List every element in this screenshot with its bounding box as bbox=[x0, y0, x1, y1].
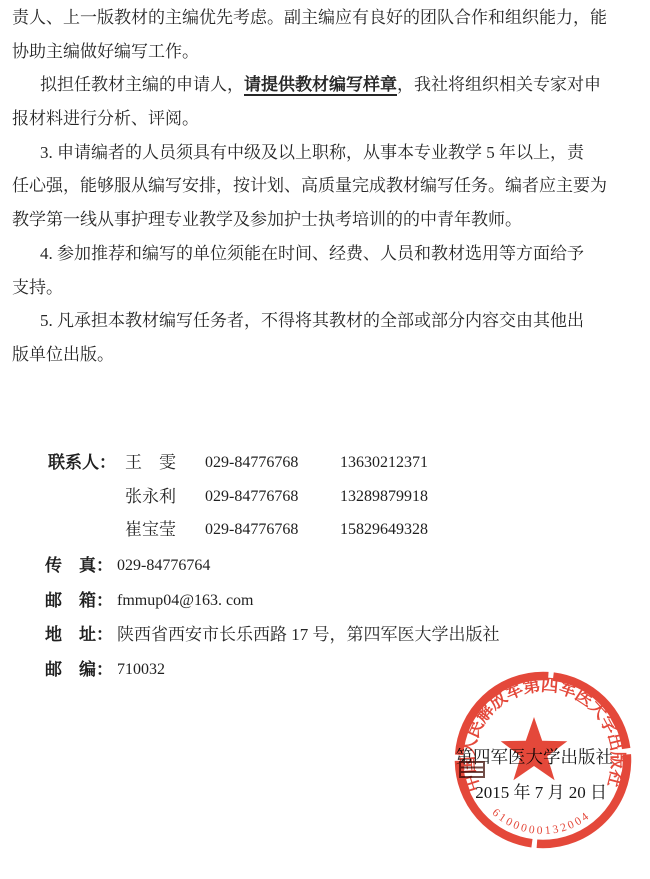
contact-row: 崔宝莹 029-84776768 15829649328 bbox=[48, 513, 428, 547]
para2-emphasis: 请提供教材编写样章 bbox=[244, 75, 397, 94]
para2-line1: 拟担任教材主编的申请人，请提供教材编写样章，我社将组织相关专家对申 bbox=[12, 68, 642, 102]
zip-value: 710032 bbox=[117, 653, 165, 688]
zip-row: 邮 编： 710032 bbox=[45, 653, 500, 688]
contact-mobile: 13630212371 bbox=[340, 446, 428, 480]
seal-graphic: 中国人民解放军第四军医大学出版社 6100000132004 bbox=[450, 665, 636, 855]
email-row: 邮 箱： fmmup04@163. com bbox=[45, 584, 500, 619]
para2-line1-pre: 拟担任教材主编的申请人， bbox=[40, 75, 244, 94]
contact-mobile: 15829649328 bbox=[340, 513, 428, 547]
contact-name: 王 雯 bbox=[125, 446, 205, 480]
para5-line2: 版单位出版。 bbox=[12, 338, 642, 372]
contact-row: 联系人： 王 雯 029-84776768 13630212371 bbox=[48, 446, 428, 480]
para2-line2: 报材料进行分析、评阅。 bbox=[12, 102, 642, 136]
email-label: 邮 箱： bbox=[45, 584, 117, 619]
fax-row: 传 真： 029-84776764 bbox=[45, 549, 500, 584]
contacts-label-spacer bbox=[48, 513, 125, 547]
para2-line1-post: ，我社将组织相关专家对申 bbox=[397, 75, 601, 94]
contact-list: 联系人： 王 雯 029-84776768 13630212371 张永利 02… bbox=[48, 446, 428, 547]
para3-line3: 教学第一线从事护理专业教学及参加护士执考培训的的中青年教师。 bbox=[12, 203, 642, 237]
contacts-label: 联系人： bbox=[48, 446, 125, 480]
contact-phone: 029-84776768 bbox=[205, 513, 340, 547]
para1-line2: 协助主编做好编写工作。 bbox=[12, 35, 642, 69]
document-body: 责人、上一版教材的主编优先考虑。副主编应有良好的团队合作和组织能力，能 协助主编… bbox=[12, 1, 642, 372]
publisher-info: 传 真： 029-84776764 邮 箱： fmmup04@163. com … bbox=[45, 549, 500, 687]
para1-line1: 责人、上一版教材的主编优先考虑。副主编应有良好的团队合作和组织能力，能 bbox=[12, 1, 642, 35]
fax-label: 传 真： bbox=[45, 549, 117, 584]
contact-name: 张永利 bbox=[125, 480, 205, 514]
para5-line1: 5. 凡承担本教材编写任务者，不得将其教材的全部或部分内容交由其他出 bbox=[12, 304, 642, 338]
document-page: 责人、上一版教材的主编优先考虑。副主编应有良好的团队合作和组织能力，能 协助主编… bbox=[0, 0, 650, 879]
star-icon bbox=[501, 717, 568, 780]
seal-arc-text: 中国人民解放军第四军医大学出版社 bbox=[458, 675, 628, 795]
address-label: 地 址： bbox=[45, 618, 117, 653]
para3-line1: 3. 申请编者的人员须具有中级及以上职称，从事本专业教学 5 年以上，责 bbox=[12, 136, 642, 170]
contact-mobile: 13289879918 bbox=[340, 480, 428, 514]
email-value: fmmup04@163. com bbox=[117, 584, 254, 619]
contact-name: 崔宝莹 bbox=[125, 513, 205, 547]
fax-value: 029-84776764 bbox=[117, 549, 210, 584]
para3-line2: 任心强，能够服从编写安排，按计划、高质量完成教材编写任务。编者应主要为 bbox=[12, 169, 642, 203]
official-seal: 中国人民解放军第四军医大学出版社 6100000132004 bbox=[450, 665, 636, 855]
para4-line1: 4. 参加推荐和编写的单位须能在时间、经费、人员和教材选用等方面给予 bbox=[12, 237, 642, 271]
zip-label: 邮 编： bbox=[45, 653, 117, 688]
address-value: 陕西省西安市长乐西路 17 号，第四军医大学出版社 bbox=[117, 618, 500, 653]
contacts-label-spacer bbox=[48, 480, 125, 514]
contact-phone: 029-84776768 bbox=[205, 446, 340, 480]
address-row: 地 址： 陕西省西安市长乐西路 17 号，第四军医大学出版社 bbox=[45, 618, 500, 653]
contact-row: 张永利 029-84776768 13289879918 bbox=[48, 480, 428, 514]
contact-phone: 029-84776768 bbox=[205, 480, 340, 514]
para4-line2: 支持。 bbox=[12, 271, 642, 305]
